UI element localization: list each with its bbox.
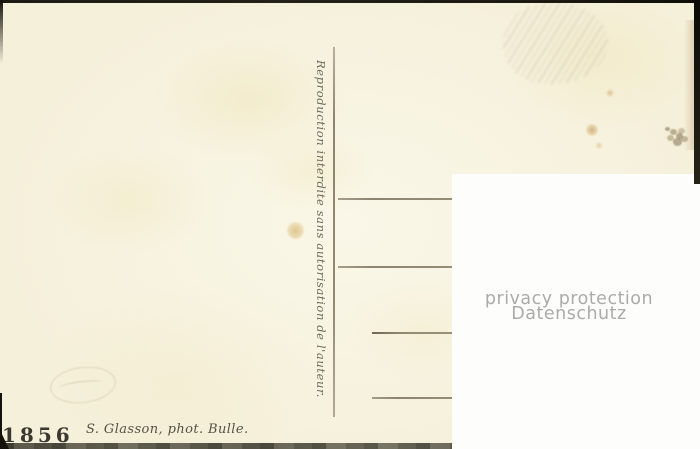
photographer-credit: S. Glasson, phot. Bulle. bbox=[86, 422, 248, 437]
speckle-cluster-stain bbox=[665, 127, 670, 131]
foxing-spot bbox=[287, 221, 304, 239]
scan-edge-tint bbox=[684, 20, 694, 150]
address-line bbox=[372, 397, 452, 399]
foxing-spot bbox=[595, 142, 603, 149]
privacy-overlay-line2: Datenschutz bbox=[445, 308, 693, 321]
address-line bbox=[338, 266, 452, 268]
scan-corner-shadow bbox=[0, 430, 9, 449]
postcard-back-scan: Reproduction interdite sans autorisation… bbox=[0, 0, 700, 449]
privacy-overlay-text: privacy protection Datenschutz bbox=[445, 291, 693, 321]
scan-edge-top bbox=[0, 0, 700, 3]
scan-edge-left bbox=[0, 0, 3, 64]
scan-edge-bottom bbox=[0, 443, 460, 449]
foxing-spot bbox=[586, 124, 598, 136]
address-line bbox=[338, 198, 452, 200]
reproduction-notice: Reproduction interdite sans autorisation… bbox=[314, 60, 328, 398]
address-line bbox=[372, 332, 452, 334]
divider-line bbox=[333, 47, 335, 417]
scan-edge-right bbox=[694, 0, 700, 184]
foxing-spot bbox=[606, 89, 614, 97]
privacy-overlay: privacy protection Datenschutz bbox=[452, 174, 700, 449]
